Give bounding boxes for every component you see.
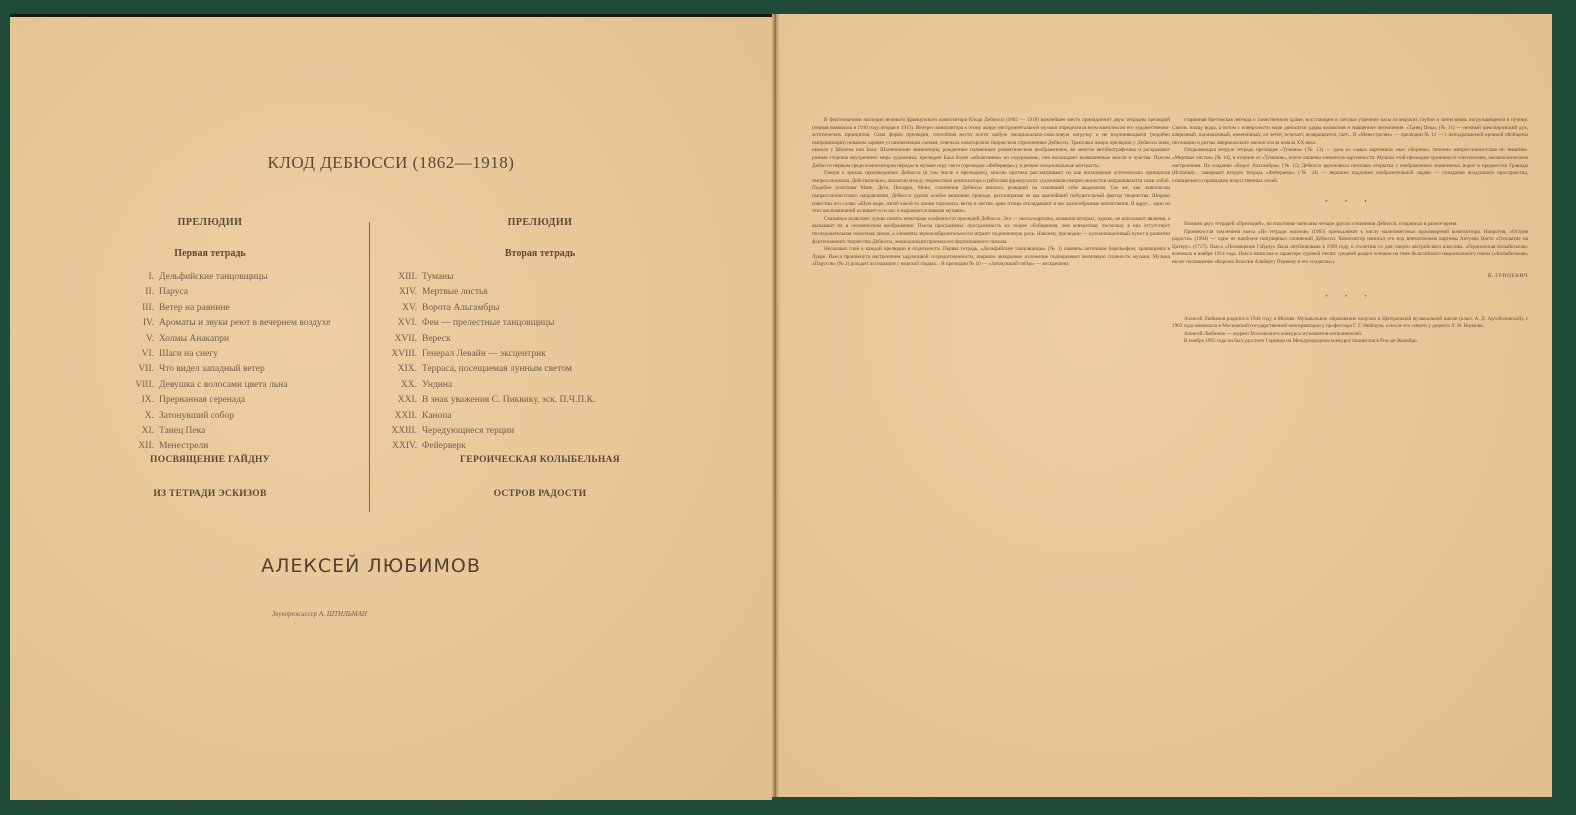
section-heading: ПРЕЛЮДИИ xyxy=(380,217,700,228)
prelude-item: VII.Что видел западный ветер xyxy=(50,364,370,379)
prelude-item: III.Ветер на равнине xyxy=(50,303,370,318)
prelude-item: VI.Шаги на снегу xyxy=(50,349,370,364)
paragraph: Несколько слов о каждой прелюдии в отдел… xyxy=(812,246,1170,269)
paragraph: В фортепианном наследии великого француз… xyxy=(812,117,1170,170)
prelude-item: XVII.Вереск xyxy=(380,334,700,349)
prelude-item: XIX.Терраса, посещаемая лунным светом xyxy=(380,364,700,379)
liner-notes-column-1: В фортепианном наследии великого француз… xyxy=(812,117,1170,269)
bio-paragraph: Алексей Любимов родился в 1944 году в Мо… xyxy=(1172,316,1528,331)
extra-work-sketchbook: ИЗ ТЕТРАДИ ЭСКИЗОВ xyxy=(50,489,370,499)
prelude-list: I.Дельфийские танцовщицы II.Паруса III.В… xyxy=(50,272,370,457)
sound-engineer-credit: Звукорежиссер А. ШТИЛЬМАН xyxy=(272,610,367,618)
extra-work-heroic-lullaby: ГЕРОИЧЕСКАЯ КОЛЫБЕЛЬНАЯ xyxy=(380,455,700,465)
section-separator: • • • xyxy=(1172,199,1528,207)
prelude-item: XXI.В знак уважения С. Пиквику, эск. П.Ч… xyxy=(380,395,700,410)
prelude-item: I.Дельфийские танцовщицы xyxy=(50,272,370,287)
extra-work-haydn: ПОСВЯЩЕНИЕ ГАЙДНУ xyxy=(50,455,370,465)
paragraph: Открывающая вторую тетрадь прелюдия «Тум… xyxy=(1172,147,1528,185)
preludes-book-2: ПРЕЛЮДИИ Вторая тетрадь XIII.Туманы XIV.… xyxy=(380,217,700,457)
paragraph: Сказанное позволяет лучше понять некотор… xyxy=(812,216,1170,246)
prelude-item: XIV.Мертвые листья xyxy=(380,287,700,302)
extra-work-isle-of-joy: ОСТРОВ РАДОСТИ xyxy=(380,489,700,499)
paragraph: Говоря о зрелых произведениях Дебюсси (в… xyxy=(812,170,1170,216)
section-separator: • • • xyxy=(1172,294,1528,302)
prelude-item: XXIII.Чередующиеся терции xyxy=(380,426,700,441)
book-subheading: Первая тетрадь xyxy=(50,248,370,259)
prelude-item: XI.Танец Пека xyxy=(50,426,370,441)
prelude-item: IV.Ароматы и звуки реют в вечернем возду… xyxy=(50,318,370,333)
performer-name: АЛЕКСЕЙ ЛЮБИМОВ xyxy=(10,555,772,577)
prelude-item: XVI.Феи — прелестные танцовщицы xyxy=(380,318,700,333)
prelude-list: XIII.Туманы XIV.Мертвые листья XV.Ворота… xyxy=(380,272,700,457)
prelude-item: XVIII.Генерал Левайн — эксцентрик xyxy=(380,349,700,364)
prelude-item: IX.Прерванная серенада xyxy=(50,395,370,410)
preludes-book-1: ПРЕЛЮДИИ Первая тетрадь I.Дельфийские та… xyxy=(50,217,370,457)
paragraph: Помимо двух тетрадей «Прелюдий», на плас… xyxy=(1172,221,1528,229)
book-subheading: Вторая тетрадь xyxy=(380,248,700,259)
prelude-item: XV.Ворота Альгамбры xyxy=(380,303,700,318)
author-signature: Я. ГРИЦЕВИЧ xyxy=(1172,273,1528,281)
liner-notes-column-2: старинная бретонская легенда о таинствен… xyxy=(1172,117,1528,346)
prelude-item: XXII.Канопа xyxy=(380,411,700,426)
paragraph: старинная бретонская легенда о таинствен… xyxy=(1172,117,1528,147)
composer-title: КЛОД ДЕБЮССИ (1862—1918) xyxy=(10,153,772,173)
prelude-item: XX.Ундина xyxy=(380,380,700,395)
prelude-item: VIII.Девушка с волосами цвета льна xyxy=(50,380,370,395)
spine-fold xyxy=(772,14,780,797)
section-heading: ПРЕЛЮДИИ xyxy=(50,217,370,228)
prelude-item: V.Холмы Анакапри xyxy=(50,334,370,349)
bio-paragraph: В ноябре 1965 года он был удостоен I пре… xyxy=(1172,338,1528,346)
prelude-item: X.Затонувший собор xyxy=(50,411,370,426)
left-page: КЛОД ДЕБЮССИ (1862—1918) ПРЕЛЮДИИ Первая… xyxy=(10,14,772,800)
paragraph: Проникнутая томлением пьеса «Из тетради … xyxy=(1172,229,1528,267)
right-page: В фортепианном наследии великого француз… xyxy=(780,14,1552,797)
prelude-item: II.Паруса xyxy=(50,287,370,302)
prelude-item: XIII.Туманы xyxy=(380,272,700,287)
